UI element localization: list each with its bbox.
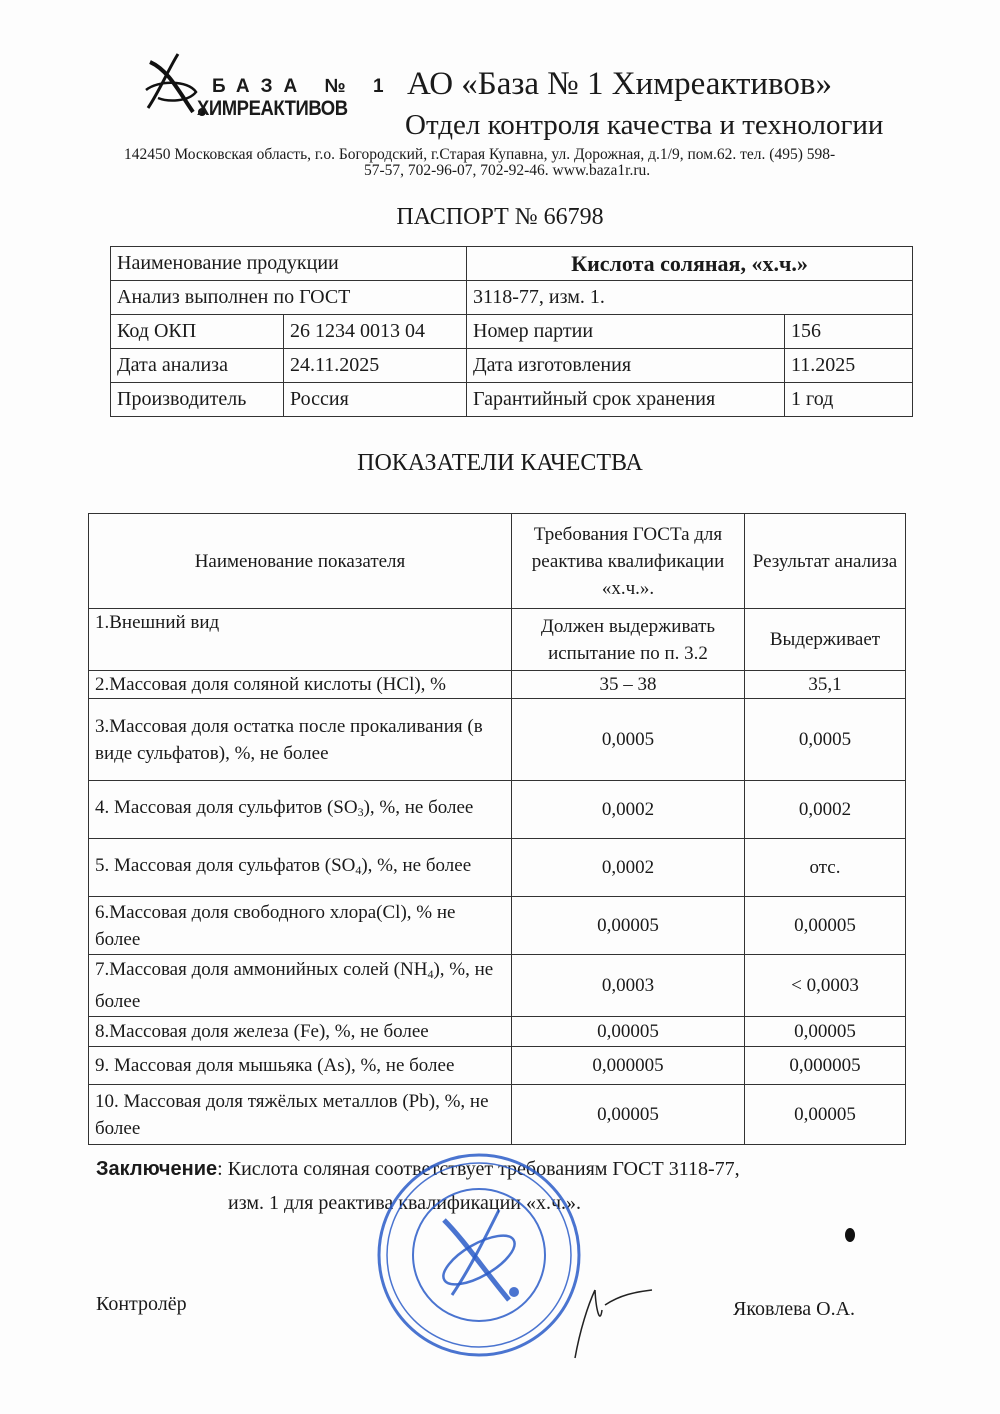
manufacturer-label: Производитель [111,383,284,417]
okp-label: Код ОКП [111,315,284,349]
analysis-date-value: 24.11.2025 [284,349,467,383]
signature-icon [540,1270,660,1360]
shelf-life-value: 1 год [785,383,913,417]
table-row: 2.Массовая доля соляной кислоты (HCl), %… [89,671,906,699]
table-row: 9. Массовая доля мышьяка (As), %, не бол… [89,1047,906,1085]
ink-dot [845,1228,855,1242]
controller-name: Яковлева О.А. [733,1298,855,1321]
product-value: Кислота соляная, «х.ч.» [467,247,913,281]
header-indicator: Наименование показателя [89,514,512,609]
table-row: 6.Массовая доля свободного хлора(Cl), % … [89,897,906,955]
table-row: 7.Массовая доля аммонийных солей (NH4), … [89,955,906,1017]
controller-role: Контролёр [96,1293,187,1316]
mfg-date-value: 11.2025 [785,349,913,383]
header-result: Результат анализа [745,514,906,609]
address-line-2: 57-57, 702-96-07, 702-92-46. www.baza1r.… [364,162,650,180]
gost-value: 3118-77, изм. 1. [467,281,913,315]
table-row: 3.Массовая доля остатка после прокаливан… [89,699,906,781]
manufacturer-value: Россия [284,383,467,417]
mfg-date-label: Дата изготовления [467,349,785,383]
conclusion-label: Заключение [96,1158,217,1180]
quality-title: ПОКАЗАТЕЛИ КАЧЕСТВА [0,450,1000,477]
table-row: 10. Массовая доля тяжёлых металлов (Pb),… [89,1085,906,1145]
table-row: 5. Массовая доля сульфатов (SO4), %, не … [89,839,906,897]
product-info-table: Наименование продукции Кислота соляная, … [110,246,913,417]
quality-table: Наименование показателя Требования ГОСТа… [88,513,906,1145]
header-requirement: Требования ГОСТа для реактива квалификац… [512,514,745,609]
table-row: 1.Внешний вид Должен выдерживать испытан… [89,609,906,671]
company-name: АО «База № 1 Химреактивов» [407,66,832,103]
logo-text-bottom: ХИМРЕАКТИВОВ [197,97,348,121]
batch-value: 156 [785,315,913,349]
analysis-date-label: Дата анализа [111,349,284,383]
table-row: 4. Массовая доля сульфитов (SO3), %, не … [89,781,906,839]
gost-label: Анализ выполнен по ГОСТ [111,281,467,315]
table-row: 8.Массовая доля железа (Fe), %, не более… [89,1017,906,1047]
product-label: Наименование продукции [111,247,467,281]
passport-title: ПАСПОРТ № 66798 [0,204,1000,231]
batch-label: Номер партии [467,315,785,349]
okp-value: 26 1234 0013 04 [284,315,467,349]
logo-text-top: БАЗА № 1 [212,76,395,98]
department-name: Отдел контроля качества и технологии [405,109,883,142]
shelf-life-label: Гарантийный срок хранения [467,383,785,417]
